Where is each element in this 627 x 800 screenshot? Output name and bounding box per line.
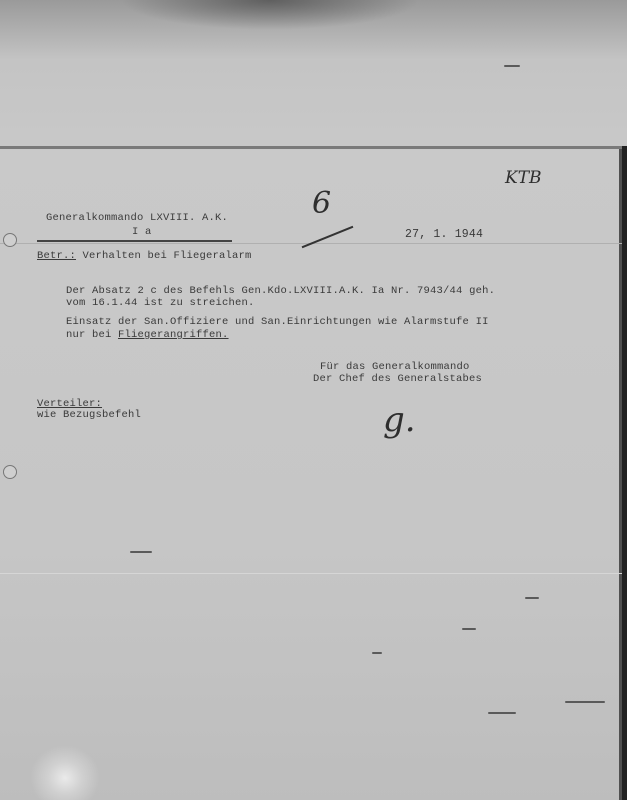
handwritten-number: 6 (312, 186, 331, 221)
ink-speck (130, 551, 152, 553)
ink-speck (462, 628, 476, 630)
department-heading: I a (132, 226, 152, 238)
body-line-4-prefix: nur bei (66, 329, 118, 341)
subject-line: Betr.: Verhalten bei Fliegeralarm (37, 250, 252, 262)
ink-speck (525, 597, 539, 599)
ink-speck (372, 652, 382, 654)
page-edge-shadow (622, 146, 627, 800)
ink-speck (504, 65, 520, 67)
signature-initial: g. (383, 400, 416, 440)
punch-hole-icon (3, 233, 17, 247)
punch-hole-icon (3, 465, 17, 479)
body-line-1: Der Absatz 2 c des Befehls Gen.Kdo.LXVII… (66, 285, 495, 297)
body-line-4: nur bei Fliegerangriffen. (66, 329, 229, 341)
heading-rule (37, 240, 232, 242)
paper-stain (30, 745, 100, 800)
ink-speck (488, 712, 516, 714)
command-heading: Generalkommando LXVIII. A.K. (46, 212, 228, 224)
distribution-text: wie Bezugsbefehl (37, 409, 141, 421)
archive-mark: KTB (505, 168, 542, 188)
subject-label: Betr.: (37, 250, 76, 262)
body-line-3: Einsatz der San.Offiziere und San.Einric… (66, 316, 489, 328)
document-date: 27, 1. 1944 (405, 228, 483, 241)
ink-speck (565, 701, 605, 703)
signature-line-1: Für das Generalkommando (320, 361, 470, 373)
body-emphasis: Fliegerangriffen. (118, 329, 229, 341)
signature-line-2: Der Chef des Generalstabes (313, 373, 482, 385)
paper-fold (0, 573, 622, 574)
subject-text: Verhalten bei Fliegeralarm (83, 250, 252, 262)
body-line-2: vom 16.1.44 ist zu streichen. (66, 297, 255, 309)
